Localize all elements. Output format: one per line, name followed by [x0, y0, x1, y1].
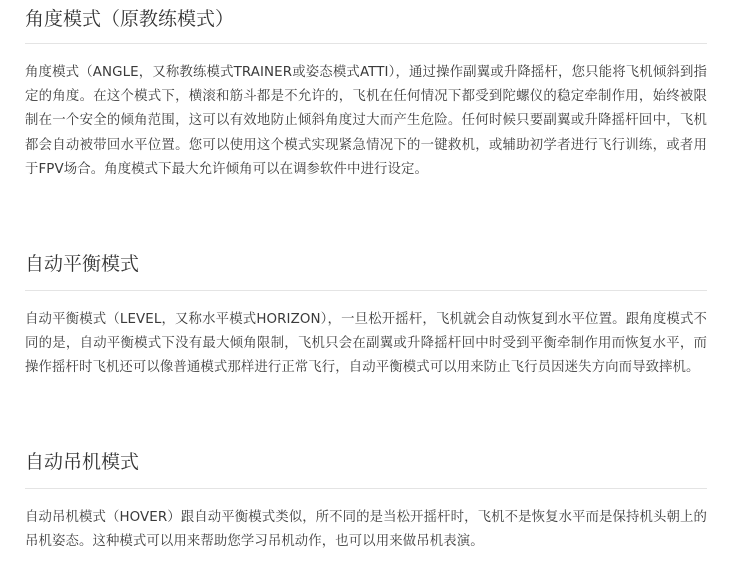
section-heading: 自动吊机模式: [25, 449, 707, 475]
section-paragraph: 自动平衡模式（LEVEL，又称水平模式HORIZON），一旦松开摇杆，飞机就会自…: [25, 308, 707, 381]
divider: [25, 43, 707, 44]
section-heading: 角度模式（原教练模式）: [25, 6, 707, 32]
section-hover-mode: 自动吊机模式 自动吊机模式（HOVER）跟自动平衡模式类似，所不同的是当松开摇杆…: [25, 449, 707, 554]
section-paragraph: 自动吊机模式（HOVER）跟自动平衡模式类似，所不同的是当松开摇杆时，飞机不是恢…: [25, 506, 707, 554]
section-level-mode: 自动平衡模式 自动平衡模式（LEVEL，又称水平模式HORIZON），一旦松开摇…: [25, 251, 707, 381]
section-paragraph: 角度模式（ANGLE，又称教练模式TRAINER或姿态模式ATTI），通过操作副…: [25, 61, 707, 182]
section-heading: 自动平衡模式: [25, 251, 707, 277]
divider: [25, 290, 707, 291]
divider: [25, 488, 707, 489]
section-angle-mode: 角度模式（原教练模式） 角度模式（ANGLE，又称教练模式TRAINER或姿态模…: [25, 6, 707, 182]
